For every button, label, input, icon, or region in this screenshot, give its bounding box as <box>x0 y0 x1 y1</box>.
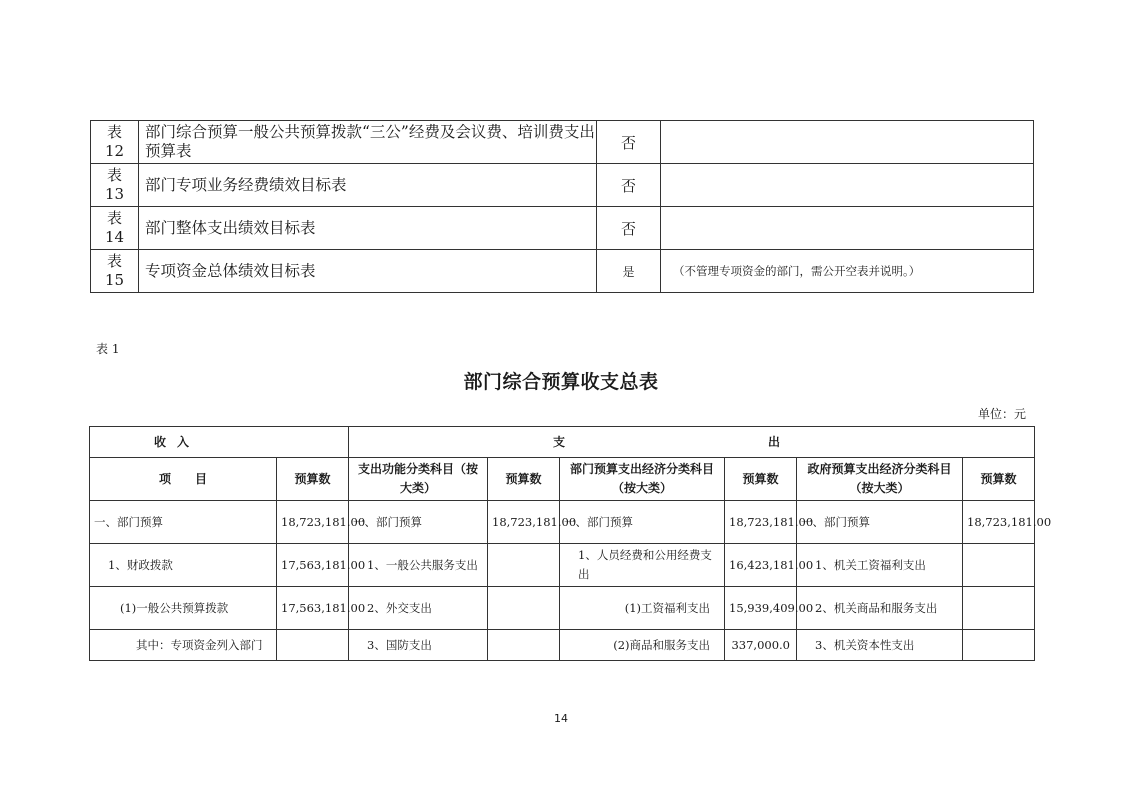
income-item: 1、财政拨款 <box>90 544 277 587</box>
table-row: (1)一般公共预算拨款 17,563,181.00 2、外交支出 (1)工资福利… <box>90 587 1035 630</box>
dept-econ-item: 一、部门预算 <box>560 501 725 544</box>
dept-econ-amount: 16,423,181.00 <box>725 544 797 587</box>
catalogue-row-name: 部门专项业务经费绩效目标表 <box>139 164 597 207</box>
function-amount <box>488 544 560 587</box>
catalogue-row-number: 表 14 <box>91 207 139 250</box>
table-row: 其中：专项资金列入部门 3、国防支出 (2)商品和服务支出 337,000.0 … <box>90 630 1035 661</box>
budget-summary-table: 收 入 支 出 项 目 预算数 支出功能分类科目（按大类） 预算数 部门预算支出… <box>89 426 1035 661</box>
gov-econ-amount: 18,723,181.00 <box>963 501 1035 544</box>
catalogue-row: 表 12 部门综合预算一般公共预算拨款“三公”经费及会议费、培训费支出预算表 否 <box>91 121 1034 164</box>
function-item: 2、外交支出 <box>349 587 488 630</box>
income-header-char-1: 收 <box>154 433 166 452</box>
column-header-income-amount: 预算数 <box>277 458 349 501</box>
dept-econ-amount: 15,939,409.00 <box>725 587 797 630</box>
catalogue-row-note <box>661 207 1034 250</box>
column-header-function-item: 支出功能分类科目（按大类） <box>349 458 488 501</box>
group-header-row: 收 入 支 出 <box>90 427 1035 458</box>
function-item: 3、国防支出 <box>349 630 488 661</box>
expense-group-header: 支 出 <box>349 427 1035 458</box>
column-header-dept-econ-item: 部门预算支出经济分类科目（按大类） <box>560 458 725 501</box>
dept-econ-amount: 337,000.0 <box>725 630 797 661</box>
column-header-function-amount: 预算数 <box>488 458 560 501</box>
page-number: 14 <box>0 712 1122 725</box>
income-amount: 17,563,181.00 <box>277 544 349 587</box>
table-row: 1、财政拨款 17,563,181.00 1、一般公共服务支出 1、人员经费和公… <box>90 544 1035 587</box>
gov-econ-item: 3、机关资本性支出 <box>797 630 963 661</box>
function-amount: 18,723,181.00 <box>488 501 560 544</box>
income-header-char-2: 入 <box>177 433 189 452</box>
table-label: 表 1 <box>96 340 119 357</box>
column-header-gov-econ-amount: 预算数 <box>963 458 1035 501</box>
catalogue-row-number: 表 13 <box>91 164 139 207</box>
expense-header-char-1: 支 <box>553 433 565 452</box>
income-item: 其中：专项资金列入部门 <box>90 630 277 661</box>
catalogue-row-note <box>661 121 1034 164</box>
dept-econ-item: (2)商品和服务支出 <box>560 630 725 661</box>
catalogue-table: 表 12 部门综合预算一般公共预算拨款“三公”经费及会议费、培训费支出预算表 否… <box>90 120 1034 293</box>
column-header-dept-econ-amount: 预算数 <box>725 458 797 501</box>
expense-header-char-2: 出 <box>768 433 780 452</box>
catalogue-row-name: 专项资金总体绩效目标表 <box>139 250 597 293</box>
dept-econ-amount: 18,723,181.00 <box>725 501 797 544</box>
catalogue-row-flag: 否 <box>597 121 661 164</box>
income-amount: 17,563,181.00 <box>277 587 349 630</box>
table-prefix: 表 <box>91 252 138 271</box>
table-prefix: 表 <box>91 209 138 228</box>
gov-econ-item: 一、部门预算 <box>797 501 963 544</box>
catalogue-row-note: （不管理专项资金的部门，需公开空表并说明。） <box>661 250 1034 293</box>
gov-econ-amount <box>963 544 1035 587</box>
catalogue-row-number: 表 12 <box>91 121 139 164</box>
catalogue-row-name: 部门整体支出绩效目标表 <box>139 207 597 250</box>
catalogue-row: 表 15 专项资金总体绩效目标表 是 （不管理专项资金的部门，需公开空表并说明。… <box>91 250 1034 293</box>
income-item: (1)一般公共预算拨款 <box>90 587 277 630</box>
unit-label: 单位：元 <box>978 405 1026 422</box>
table-prefix: 表 <box>91 123 138 142</box>
column-header-row: 项 目 预算数 支出功能分类科目（按大类） 预算数 部门预算支出经济分类科目（按… <box>90 458 1035 501</box>
gov-econ-item: 2、机关商品和服务支出 <box>797 587 963 630</box>
gov-econ-amount <box>963 630 1035 661</box>
column-header-gov-econ-item: 政府预算支出经济分类科目（按大类） <box>797 458 963 501</box>
function-item: 1、一般公共服务支出 <box>349 544 488 587</box>
gov-econ-item: 1、机关工资福利支出 <box>797 544 963 587</box>
table-row: 一、部门预算 18,723,181.00 一、部门预算 18,723,181.0… <box>90 501 1035 544</box>
table-prefix: 表 <box>91 166 138 185</box>
catalogue-row-flag: 否 <box>597 207 661 250</box>
function-amount <box>488 587 560 630</box>
catalogue-row-flag: 是 <box>597 250 661 293</box>
income-group-header: 收 入 <box>90 427 349 458</box>
table-number: 15 <box>91 271 138 290</box>
catalogue-row: 表 14 部门整体支出绩效目标表 否 <box>91 207 1034 250</box>
dept-econ-item: (1)工资福利支出 <box>560 587 725 630</box>
dept-econ-item: 1、人员经费和公用经费支出 <box>560 544 725 587</box>
catalogue-row-number: 表 15 <box>91 250 139 293</box>
income-amount: 18,723,181.00 <box>277 501 349 544</box>
column-header-income-item: 项 目 <box>90 458 277 501</box>
income-item: 一、部门预算 <box>90 501 277 544</box>
function-amount <box>488 630 560 661</box>
page-title: 部门综合预算收支总表 <box>0 367 1122 394</box>
catalogue-row-flag: 否 <box>597 164 661 207</box>
income-amount <box>277 630 349 661</box>
table-number: 14 <box>91 228 138 247</box>
table-number: 12 <box>91 142 138 161</box>
catalogue-row-name: 部门综合预算一般公共预算拨款“三公”经费及会议费、培训费支出预算表 <box>139 121 597 164</box>
catalogue-row-note <box>661 164 1034 207</box>
catalogue-row: 表 13 部门专项业务经费绩效目标表 否 <box>91 164 1034 207</box>
table-number: 13 <box>91 185 138 204</box>
gov-econ-amount <box>963 587 1035 630</box>
function-item: 一、部门预算 <box>349 501 488 544</box>
